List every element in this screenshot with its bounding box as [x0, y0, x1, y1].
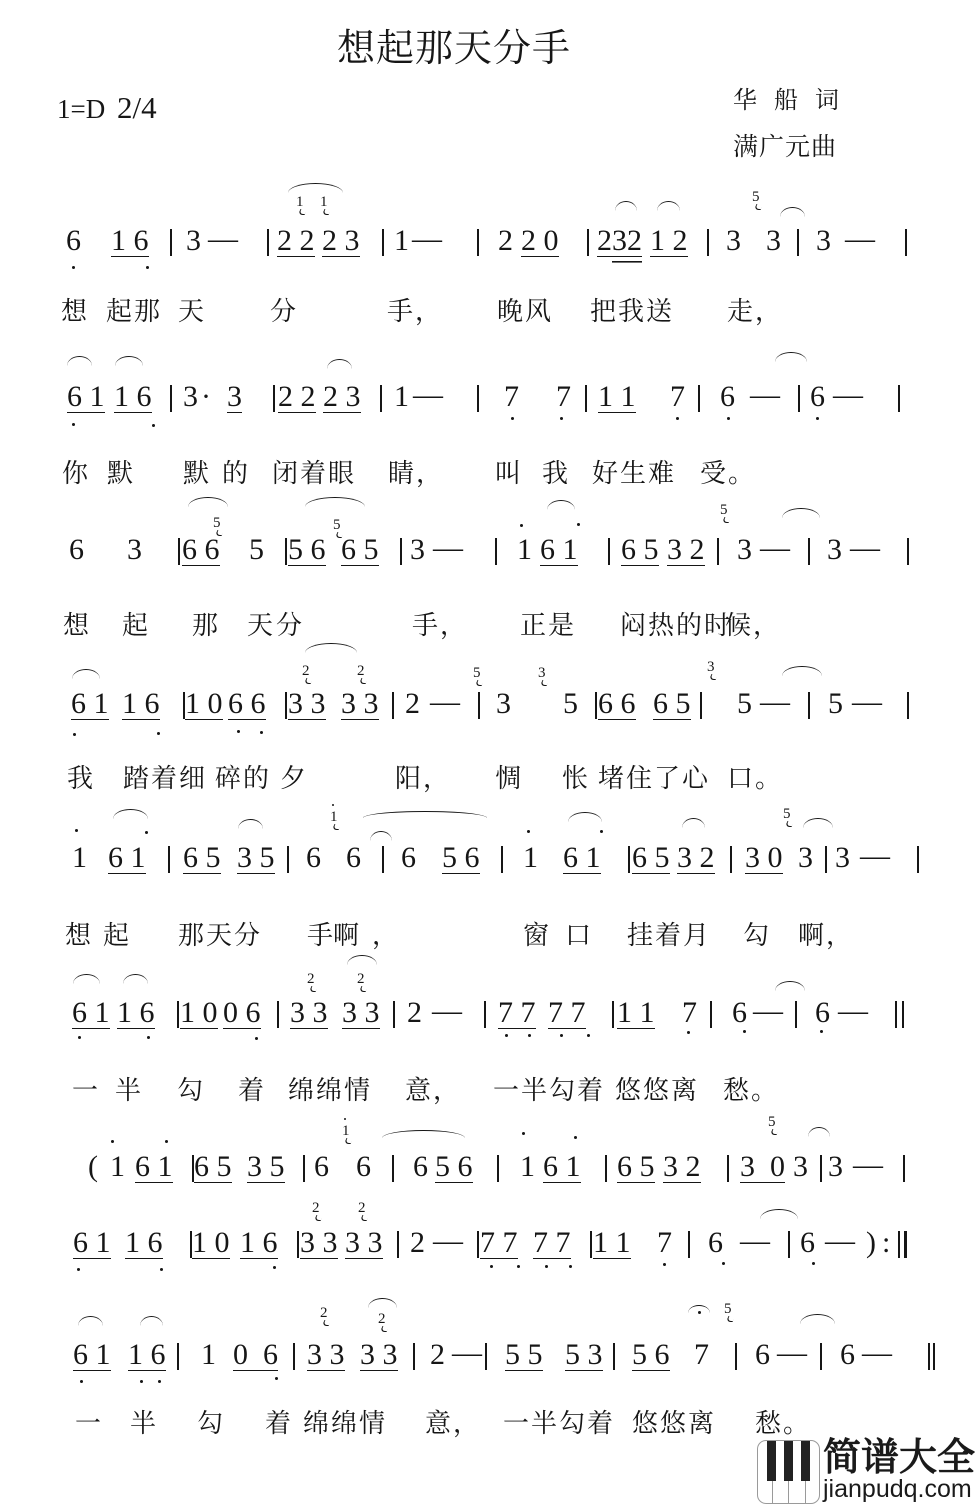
note: 3 3	[307, 1340, 345, 1371]
barline	[700, 692, 702, 719]
slur-arc	[782, 508, 820, 518]
note: 3	[496, 689, 511, 719]
slur-arc	[775, 981, 805, 991]
note: 3	[766, 226, 781, 256]
barline	[797, 229, 799, 256]
note: 3 3	[300, 1228, 338, 1259]
barline	[905, 229, 907, 256]
barline	[730, 846, 732, 873]
grace-note: 2	[357, 664, 365, 679]
low-octave-dot	[687, 1031, 690, 1034]
high-octave-dot	[574, 1136, 577, 1139]
slur-arc	[568, 812, 602, 822]
note: 1 0	[185, 689, 223, 720]
lyric: 一	[72, 1078, 100, 1104]
note: 6	[810, 382, 825, 412]
lyric: 啊	[333, 923, 361, 949]
barline	[477, 385, 479, 412]
lyric: 分	[270, 299, 298, 325]
note: 1	[523, 843, 538, 873]
lyric: 起	[103, 923, 131, 949]
low-octave-dot	[160, 1268, 163, 1271]
lyric: 我	[67, 766, 95, 792]
lyric: 一半勾着	[503, 1411, 615, 1437]
black-key	[767, 1441, 776, 1481]
barline	[825, 846, 827, 873]
note: 2 0	[521, 226, 559, 257]
lyric: 想	[63, 613, 91, 639]
barline	[698, 385, 700, 412]
note: 2	[597, 226, 612, 257]
lyric: 的	[222, 461, 250, 487]
grace-note: 3	[538, 666, 546, 681]
hold-dash: —	[430, 687, 460, 717]
low-octave-dot	[273, 1266, 276, 1269]
black-key	[784, 1441, 793, 1481]
slur-arc	[123, 974, 148, 984]
note: 3 5	[247, 1152, 285, 1183]
barline	[788, 1231, 790, 1258]
hold-dash: —	[853, 1150, 883, 1180]
barline	[285, 538, 287, 565]
hold-dash: —	[750, 380, 780, 410]
slur-arc	[78, 1316, 103, 1326]
note: 7 7	[498, 998, 536, 1029]
slur-arc	[67, 356, 92, 366]
low-octave-dot	[727, 417, 730, 420]
note: 1	[201, 1340, 216, 1370]
note: 1 6	[117, 998, 155, 1029]
barline	[177, 1343, 179, 1370]
note: 7 7	[533, 1228, 571, 1259]
slur-arc	[327, 359, 352, 369]
note: 7 7	[480, 1228, 518, 1259]
note: 5	[249, 535, 264, 565]
barline	[585, 385, 587, 412]
low-octave-dot	[569, 1265, 572, 1268]
lyric: 勾	[743, 923, 771, 949]
lyric: 踏着细	[123, 766, 207, 792]
barline	[478, 692, 480, 719]
watermark-url: jianpudq.com	[823, 1476, 972, 1503]
note: 3 0	[740, 1152, 785, 1183]
lyric: 默	[107, 461, 135, 487]
note: 6 5	[194, 1152, 232, 1183]
low-octave-dot	[743, 1030, 746, 1033]
barline	[477, 1231, 479, 1258]
high-octave-dot	[111, 1140, 114, 1143]
grace-note: 1	[296, 195, 304, 210]
note: 7	[657, 1228, 672, 1258]
note: 7	[682, 998, 697, 1028]
low-octave-dot	[560, 417, 563, 420]
key-signature: 1=D	[57, 95, 105, 123]
slur-arc	[363, 811, 487, 818]
slur-arc	[615, 201, 637, 211]
note: 2 3	[322, 226, 360, 257]
note: 5	[737, 689, 752, 719]
note: 2	[430, 1340, 445, 1370]
lyric: 悠悠离	[632, 1411, 716, 1437]
note: 3	[816, 226, 831, 256]
low-octave-dot	[157, 732, 160, 735]
lyric: 我	[542, 461, 570, 487]
low-octave-dot	[78, 1036, 81, 1039]
slur-arc	[657, 201, 680, 211]
lyric: 手	[307, 923, 335, 949]
barline	[392, 1155, 394, 1182]
slur-arc	[188, 497, 228, 507]
grace-high-octave-dot	[344, 1118, 346, 1120]
double-barline	[902, 1001, 904, 1028]
slur-arc	[305, 497, 365, 507]
high-octave-dot	[527, 830, 530, 833]
note: 1 0	[192, 1228, 230, 1259]
note: 5 5	[505, 1340, 543, 1371]
barline	[183, 692, 185, 719]
note: 6 1	[108, 843, 146, 874]
note: 3 3	[341, 689, 379, 720]
barline	[170, 385, 172, 412]
barline	[297, 1231, 299, 1258]
barline	[628, 846, 630, 873]
barline	[707, 229, 709, 256]
lyric: 怅	[562, 766, 590, 792]
barline	[392, 692, 394, 719]
slur-arc	[368, 1298, 397, 1308]
lyric: 分	[276, 613, 304, 639]
repeat-colon: :	[882, 1228, 890, 1258]
high-octave-dot	[520, 524, 523, 527]
slur-arc	[782, 666, 822, 676]
lyric: 那天分	[178, 923, 262, 949]
barline	[612, 1001, 614, 1028]
barline	[595, 692, 597, 719]
note: 6	[346, 843, 361, 873]
note: 3 2	[667, 535, 705, 566]
barline	[808, 692, 810, 719]
note: 3	[798, 843, 813, 873]
grace-note: 2	[358, 1201, 366, 1216]
lyric: 想	[61, 299, 89, 325]
note: 1 6	[240, 1228, 278, 1259]
note: 6 1	[540, 535, 578, 566]
lyric: 好生难	[592, 461, 676, 487]
hold-dash: —	[413, 380, 443, 410]
lyric: 着	[265, 1411, 293, 1437]
note: 1 6	[128, 1340, 166, 1371]
note: 1 6	[111, 226, 149, 257]
low-octave-dot	[158, 1380, 161, 1383]
low-octave-dot	[73, 733, 76, 736]
barline	[168, 846, 170, 873]
barline	[903, 1155, 905, 1182]
note: 6 6	[228, 689, 266, 720]
note: 6 1	[73, 1340, 111, 1371]
high-octave-dot	[145, 831, 148, 834]
repeat-end-barline	[898, 1231, 900, 1258]
low-octave-dot	[490, 1265, 493, 1268]
lyric: 绵绵情	[288, 1078, 372, 1104]
note: 7	[694, 1340, 709, 1370]
barline	[382, 846, 384, 873]
barline	[285, 692, 287, 719]
note: 3	[410, 535, 425, 565]
lyric: 悠悠离	[615, 1078, 699, 1104]
grace-note: 5	[768, 1115, 776, 1130]
grace-note: 1	[320, 195, 328, 210]
note: 1 6	[122, 689, 160, 720]
low-octave-dot	[146, 266, 149, 269]
hold-dash: —	[833, 380, 863, 410]
lyric: 起那	[106, 299, 162, 325]
composer-credit: 满广元曲	[733, 134, 837, 161]
note: 3	[127, 535, 142, 565]
note: 6	[69, 535, 84, 565]
low-octave-dot	[511, 417, 514, 420]
note: 1 1	[617, 998, 655, 1029]
grace-note: 2	[378, 1312, 386, 1327]
high-octave-dot	[522, 1132, 525, 1135]
lyric: 惆	[495, 766, 523, 792]
barline	[177, 1001, 179, 1028]
note: 6 5	[632, 843, 670, 874]
hold-dash: —	[860, 841, 890, 871]
augmentation-dot: ·	[201, 382, 211, 412]
barline	[393, 1001, 395, 1028]
barline	[267, 229, 269, 256]
note: 6 1	[73, 1228, 111, 1259]
low-octave-dot	[72, 266, 75, 269]
barline	[400, 538, 402, 565]
note: 1	[394, 226, 409, 256]
low-octave-dot	[237, 730, 240, 733]
lyric: 想	[65, 923, 93, 949]
grace-note: 5	[724, 1302, 732, 1317]
grace-note: 5	[752, 190, 760, 205]
low-octave-dot	[663, 1263, 666, 1266]
note: 6 1	[67, 382, 105, 413]
note: 6 5	[617, 1152, 655, 1183]
note: 6	[708, 1228, 723, 1258]
lyric: 一半勾着	[493, 1078, 605, 1104]
barline	[178, 538, 180, 565]
double-barline	[895, 1001, 897, 1028]
note: 3	[227, 382, 242, 413]
grace-note: 5	[473, 666, 481, 681]
hold-dash: —	[852, 687, 882, 717]
low-octave-dot	[152, 424, 155, 427]
hold-dash: —	[433, 1226, 463, 1256]
lyric: 口	[565, 923, 593, 949]
note: 5 6	[442, 843, 480, 874]
lyric: 着	[238, 1078, 266, 1104]
lyric: 默	[183, 461, 211, 487]
note: 3	[183, 382, 198, 412]
low-octave-dot	[80, 1380, 83, 1383]
grace-note: 2	[357, 972, 365, 987]
note: 6	[800, 1228, 815, 1258]
barline	[382, 229, 384, 256]
barline	[587, 229, 589, 256]
note: 3 3	[288, 689, 326, 720]
note: 2	[410, 1228, 425, 1258]
note: 5	[563, 689, 578, 719]
note: 6	[755, 1340, 770, 1370]
note: 3 3	[360, 1340, 398, 1371]
note: 6	[840, 1340, 855, 1370]
low-octave-dot	[812, 1262, 815, 1265]
note: 7	[504, 382, 519, 412]
lyric: 那	[192, 613, 220, 639]
time-signature: 2/4	[117, 92, 157, 124]
barline	[608, 538, 610, 565]
note: 3	[793, 1152, 808, 1182]
repeat-close-paren: )	[866, 1228, 876, 1258]
note: 6 5	[653, 689, 691, 720]
lyricist-credit: 华船词	[733, 88, 856, 114]
slur-arc	[238, 819, 263, 829]
note: 6 1	[72, 998, 110, 1029]
slur-arc	[808, 1127, 830, 1137]
barline	[501, 846, 503, 873]
slur-arc	[288, 183, 343, 193]
note: 0 6	[223, 998, 261, 1029]
note: 2	[405, 689, 420, 719]
slur-arc	[113, 809, 148, 819]
note: 1 1	[593, 1228, 631, 1259]
note: 3 2	[677, 843, 715, 874]
grace-note: 2	[312, 1201, 320, 1216]
lyric: 走，	[727, 299, 783, 325]
barline	[590, 1231, 592, 1258]
lyric: 候，	[725, 613, 781, 639]
lyric: 堵住了心	[598, 766, 710, 792]
note: 5 3	[565, 1340, 603, 1371]
low-octave-dot	[528, 1034, 531, 1037]
grace-note: 2	[307, 972, 315, 987]
hold-dash: —	[862, 1338, 892, 1368]
hold-dash: —	[433, 533, 463, 563]
note: 1 2	[650, 226, 688, 257]
barline	[808, 538, 810, 565]
barline	[413, 1343, 415, 1370]
barline	[710, 1001, 712, 1028]
note: 2	[407, 998, 422, 1028]
lyric: 意，	[425, 1411, 481, 1437]
low-octave-dot	[77, 1268, 80, 1271]
score-page: 想起那天分手 1=D 2/4 华船词 满广元曲 6 1 6 3 — 2 2 2 …	[0, 0, 980, 1506]
note: 3	[827, 535, 842, 565]
note: 1	[520, 1152, 535, 1182]
note: 2 3	[323, 382, 361, 413]
grace-note: 1	[330, 810, 338, 825]
note: 3	[828, 1152, 843, 1182]
lyric: 正是	[520, 613, 576, 639]
slur-arc	[780, 207, 805, 217]
note: 2 2	[277, 226, 315, 257]
low-octave-dot	[722, 1262, 725, 1265]
barline	[798, 385, 800, 412]
barline	[303, 1155, 305, 1182]
lyric: 闭着眼	[272, 461, 356, 487]
low-octave-dot	[260, 731, 263, 734]
lyric: 愁。	[755, 1411, 811, 1437]
lyric: 天	[247, 613, 275, 639]
note: 6	[314, 1152, 329, 1182]
barline	[735, 1343, 737, 1370]
grace-note: 5	[213, 516, 221, 531]
low-octave-dot	[816, 417, 819, 420]
note: 2 2	[278, 382, 316, 413]
lyric: 愁。	[723, 1078, 779, 1104]
low-octave-dot	[72, 423, 75, 426]
note: 6 1	[71, 689, 109, 720]
hold-dash: —	[825, 1226, 855, 1256]
repeat-end-barline	[904, 1231, 907, 1258]
low-octave-dot	[545, 1265, 548, 1268]
low-octave-dot	[140, 1380, 143, 1383]
note: 6	[720, 382, 735, 412]
note: 1 1	[598, 382, 636, 413]
lyric: 意，	[405, 1078, 461, 1104]
hold-dash: —	[208, 224, 238, 254]
barline	[170, 229, 172, 256]
barline	[484, 1001, 486, 1028]
lyric: 勾	[177, 1078, 205, 1104]
grace-note: 5	[720, 503, 728, 518]
note: 3 2	[663, 1152, 701, 1183]
high-octave-dot	[600, 830, 603, 833]
barline	[613, 1343, 615, 1370]
note: 6	[66, 226, 81, 256]
barline	[380, 385, 382, 412]
slur-arc	[73, 974, 100, 984]
slur-arc	[115, 356, 143, 366]
note: 3 3	[342, 998, 380, 1029]
barline	[898, 385, 900, 412]
hold-dash: —	[838, 996, 868, 1026]
note: 3 5	[237, 843, 275, 874]
lyric: 天	[178, 299, 206, 325]
hold-dash: —	[753, 996, 783, 1026]
note: 6 5	[341, 535, 379, 566]
note: 1	[517, 535, 532, 565]
hold-dash: —	[845, 224, 875, 254]
lyric: 碎的	[215, 766, 271, 792]
note: 6	[306, 843, 321, 873]
lyric: 夕	[280, 766, 308, 792]
note: 3 0	[745, 843, 783, 874]
barline	[497, 1155, 499, 1182]
note: 6	[356, 1152, 371, 1182]
barline	[717, 538, 719, 565]
note: 3 3	[290, 998, 328, 1029]
barline	[917, 846, 919, 873]
lyric: 一	[75, 1411, 103, 1437]
note: 6 6	[598, 689, 636, 720]
low-octave-dot	[147, 1036, 150, 1039]
piano-keys-icon	[757, 1440, 820, 1504]
note: 7	[556, 382, 571, 412]
lyric: 睛，	[388, 461, 444, 487]
low-octave-dot	[587, 1034, 590, 1037]
slur-arc	[347, 955, 377, 965]
lyric: 啊，	[798, 923, 854, 949]
lyric: 手，	[387, 299, 443, 325]
note: 6 5	[621, 535, 659, 566]
note: 1	[72, 843, 87, 873]
